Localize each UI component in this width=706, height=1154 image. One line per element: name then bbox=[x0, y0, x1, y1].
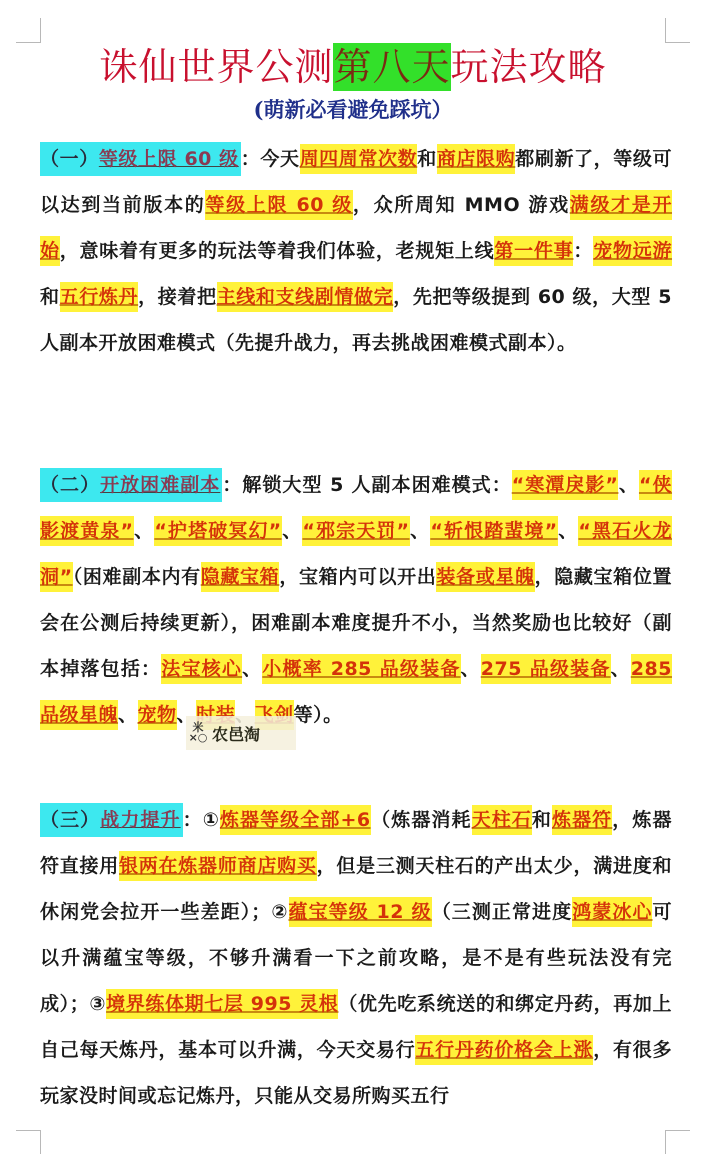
section-body: ：解锁大型 5 人副本困难模式：“寒潭戾影”、“侠影渡黄泉”、“护塔破冥幻”、“… bbox=[40, 470, 672, 730]
body-text: ： bbox=[573, 240, 593, 262]
title-highlight: 第八天 bbox=[333, 43, 450, 91]
highlighted-keyword: 五行丹药价格会上涨 bbox=[415, 1035, 593, 1065]
body-text: 、 bbox=[461, 658, 481, 680]
page-corner-mark bbox=[665, 1130, 690, 1154]
highlighted-keyword: 蕴宝等级 12 级 bbox=[289, 897, 432, 927]
section-level-cap: （一）等级上限 60 级：今天周四周常次数和商店限购都刷新了，等级可以达到当前版… bbox=[40, 136, 672, 366]
highlighted-keyword: 炼器等级全部+6 bbox=[220, 805, 371, 835]
watermark-logo-icon: 米 ×○ bbox=[186, 723, 210, 743]
body-text: 、 bbox=[134, 520, 155, 542]
highlighted-keyword: 境界练体期七层 995 灵根 bbox=[106, 989, 338, 1019]
title-after: 玩法攻略 bbox=[451, 45, 607, 89]
highlighted-keyword: 银两在炼器师商店购买 bbox=[119, 851, 317, 881]
body-text: （困难副本内有 bbox=[73, 566, 201, 588]
section-heading: （二）开放困难副本 bbox=[40, 468, 222, 502]
highlighted-keyword: “斩恨踏蜚境” bbox=[430, 516, 557, 546]
section-hard-dungeon: （二）开放困难副本：解锁大型 5 人副本困难模式：“寒潭戾影”、“侠影渡黄泉”、… bbox=[40, 462, 672, 738]
body-text: ：今天 bbox=[241, 148, 300, 170]
body-text: （炼器消耗 bbox=[371, 809, 472, 831]
highlighted-keyword: 装备或星魄 bbox=[436, 562, 534, 592]
section-prefix: （三） bbox=[40, 809, 100, 831]
highlighted-keyword: “寒潭戾影” bbox=[512, 470, 619, 500]
highlighted-keyword: 隐藏宝箱 bbox=[201, 562, 280, 592]
highlighted-keyword: “邪宗天罚” bbox=[302, 516, 409, 546]
section-heading-text: 战力提升 bbox=[100, 809, 180, 831]
body-text: ：① bbox=[183, 809, 220, 831]
highlighted-keyword: 天柱石 bbox=[472, 805, 532, 835]
section-prefix: （一） bbox=[40, 148, 99, 170]
body-text: 、 bbox=[410, 520, 431, 542]
section-prefix: （二） bbox=[40, 474, 100, 496]
body-text: （三测正常进度 bbox=[432, 901, 573, 923]
body-text: ：解锁大型 5 人副本困难模式： bbox=[222, 474, 511, 496]
section-heading-text: 开放困难副本 bbox=[100, 474, 220, 496]
body-text: 和 bbox=[40, 286, 60, 308]
body-text: ，意味着有更多的玩法等着我们体验，老规矩上线 bbox=[60, 240, 495, 262]
body-text: 、 bbox=[558, 520, 579, 542]
body-text: 和 bbox=[532, 809, 552, 831]
title-before: 诛仙世界公测 bbox=[99, 45, 333, 89]
section-heading: （一）等级上限 60 级 bbox=[40, 142, 241, 176]
highlighted-keyword: 275 品级装备 bbox=[481, 654, 611, 684]
body-text: ，接着把 bbox=[138, 286, 217, 308]
section-power-up: （三）战力提升：①炼器等级全部+6（炼器消耗天柱石和炼器符，炼器符直接用银两在炼… bbox=[40, 797, 672, 1119]
body-text: 和 bbox=[417, 148, 437, 170]
highlighted-keyword: 鸿蒙冰心 bbox=[572, 897, 652, 927]
highlighted-keyword: 等级上限 60 级 bbox=[205, 190, 352, 220]
highlighted-keyword: 主线和支线剧情做完 bbox=[217, 282, 394, 312]
body-text: 、 bbox=[611, 658, 631, 680]
page-corner-mark bbox=[16, 1130, 41, 1154]
highlighted-keyword: 第一件事 bbox=[494, 236, 573, 266]
body-text: 、 bbox=[242, 658, 262, 680]
page-subtitle: (萌新必看避免踩坑） bbox=[0, 94, 706, 124]
body-text: ，众所周知 MMO 游戏 bbox=[353, 194, 570, 216]
highlighted-keyword: 宠物 bbox=[138, 700, 177, 730]
section-body: ：①炼器等级全部+6（炼器消耗天柱石和炼器符，炼器符直接用银两在炼器师商店购买，… bbox=[40, 805, 672, 1107]
body-text: 、 bbox=[118, 704, 138, 726]
section-heading-text: 等级上限 60 级 bbox=[99, 148, 239, 170]
body-text: ，宝箱内可以开出 bbox=[279, 566, 436, 588]
highlighted-keyword: 五行炼丹 bbox=[60, 282, 139, 312]
section-heading: （三）战力提升 bbox=[40, 803, 183, 837]
highlighted-keyword: 法宝核心 bbox=[161, 654, 242, 684]
highlighted-keyword: 炼器符 bbox=[552, 805, 612, 835]
watermark: 米 ×○ 农邑淘 bbox=[186, 716, 296, 750]
highlighted-keyword: “护塔破冥幻” bbox=[154, 516, 281, 546]
body-text: 等）。 bbox=[294, 704, 343, 726]
highlighted-keyword: 周四周常次数 bbox=[300, 144, 418, 174]
highlighted-keyword: 宠物远游 bbox=[593, 236, 672, 266]
watermark-text: 农邑淘 bbox=[212, 722, 260, 745]
highlighted-keyword: 小概率 285 品级装备 bbox=[262, 654, 460, 684]
body-text: 、 bbox=[282, 520, 303, 542]
page-title: 诛仙世界公测第八天玩法攻略 bbox=[0, 36, 706, 91]
highlighted-keyword: 商店限购 bbox=[437, 144, 515, 174]
body-text: 、 bbox=[618, 474, 639, 496]
